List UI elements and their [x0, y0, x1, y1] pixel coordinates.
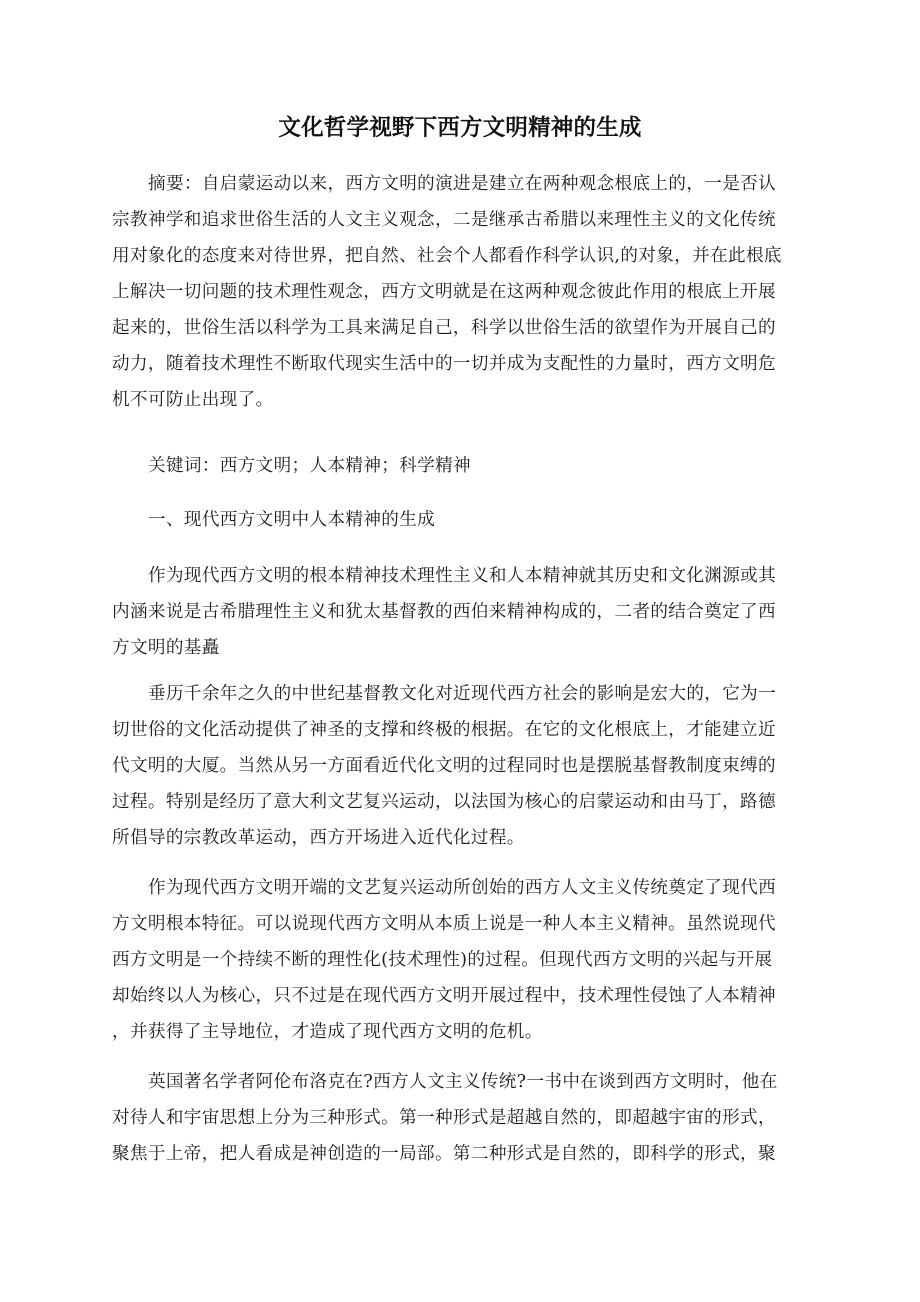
section-heading: 一、现代西方文明中人本精神的生成 — [112, 502, 812, 538]
text-line: ，并获得了主导地位，才造成了现代西方文明的危机。 — [112, 1014, 812, 1050]
text-line: 用对象化的态度来对待世界，把自然、社会个人都看作科学认识,的对象，并在此根底 — [112, 238, 812, 274]
body-paragraph: 作为现代西方文明的根本精神技术理性主义和人本精神就其历史和文化渊源或其 内涵来说… — [112, 558, 812, 666]
text-line: 作为现代西方文明开端的文艺复兴运动所创始的西方人文主义传统奠定了现代西 — [112, 870, 812, 906]
text-line: 内涵来说是古希腊理性主义和犹太基督教的西伯来精神构成的，二者的结合奠定了西 — [112, 594, 812, 630]
text-line: 机不可防止出现了。 — [112, 382, 812, 418]
text-line: 方文明的基矗 — [112, 630, 812, 666]
body-paragraph: 作为现代西方文明开端的文艺复兴运动所创始的西方人文主义传统奠定了现代西 方文明根… — [112, 870, 812, 1050]
document-page: 文化哲学视野下西方文明精神的生成 摘要：自启蒙运动以来，西方文明的演进是建立在两… — [0, 0, 920, 1302]
text-line: 西方文明是一个持续不断的理性化(技术理性)的过程。但现代西方文明的兴起与开展 — [112, 942, 812, 978]
text-line: 一、现代西方文明中人本精神的生成 — [112, 502, 812, 538]
body-paragraph: 英国著名学者阿伦布洛克在?西方人文主义传统?一书中在谈到西方文明时，他在 对待人… — [112, 1064, 812, 1172]
document-title: 文化哲学视野下西方文明精神的生成 — [0, 112, 920, 144]
text-line: 方文明根本特征。可以说现代西方文明从本质上说是一种人本主义精神。虽然说现代 — [112, 906, 812, 942]
text-line: 起来的，世俗生活以科学为工具来满足自己，科学以世俗生活的欲望作为开展自己的 — [112, 310, 812, 346]
text-line: 代文明的大厦。当然从另一方面看近代化文明的过程同时也是摆脱基督教制度束缚的 — [112, 748, 812, 784]
text-line: 宗教神学和追求世俗生活的人文主义观念，二是继承古希腊以来理性主义的文化传统 — [112, 202, 812, 238]
text-line: 过程。特别是经历了意大利文艺复兴运动，以法国为核心的启蒙运动和由马丁，路德 — [112, 784, 812, 820]
text-line: 作为现代西方文明的根本精神技术理性主义和人本精神就其历史和文化渊源或其 — [112, 558, 812, 594]
text-line: 切世俗的文化活动提供了神圣的支撑和终极的根据。在它的文化根底上，才能建立近 — [112, 712, 812, 748]
text-line: 摘要：自启蒙运动以来，西方文明的演进是建立在两种观念根底上的，一是否认 — [112, 166, 812, 202]
text-line: 对待人和宇宙思想上分为三种形式。第一种形式是超越自然的，即超越宇宙的形式， — [112, 1100, 812, 1136]
text-line: 上解决一切问题的技术理性观念，西方文明就是在这两种观念彼此作用的根底上开展 — [112, 274, 812, 310]
abstract-paragraph: 摘要：自启蒙运动以来，西方文明的演进是建立在两种观念根底上的，一是否认 宗教神学… — [112, 166, 812, 418]
keywords-paragraph: 关键词：西方文明；人本精神；科学精神 — [112, 448, 812, 484]
text-line: 却始终以人为核心，只不过是在现代西方文明开展过程中，技术理性侵蚀了人本精神 — [112, 978, 812, 1014]
text-line: 垂历千余年之久的中世纪基督教文化对近现代西方社会的影响是宏大的，它为一 — [112, 676, 812, 712]
text-line: 所倡导的宗教改革运动，西方开场进入近代化过程。 — [112, 820, 812, 856]
text-line: 聚焦于上帝，把人看成是神创造的一局部。第二种形式是自然的，即科学的形式，聚 — [112, 1136, 812, 1172]
text-line: 英国著名学者阿伦布洛克在?西方人文主义传统?一书中在谈到西方文明时，他在 — [112, 1064, 812, 1100]
text-line: 关键词：西方文明；人本精神；科学精神 — [112, 448, 812, 484]
body-paragraph: 垂历千余年之久的中世纪基督教文化对近现代西方社会的影响是宏大的，它为一 切世俗的… — [112, 676, 812, 856]
text-line: 动力，随着技术理性不断取代现实生活中的一切并成为支配性的力量时，西方文明危 — [112, 346, 812, 382]
